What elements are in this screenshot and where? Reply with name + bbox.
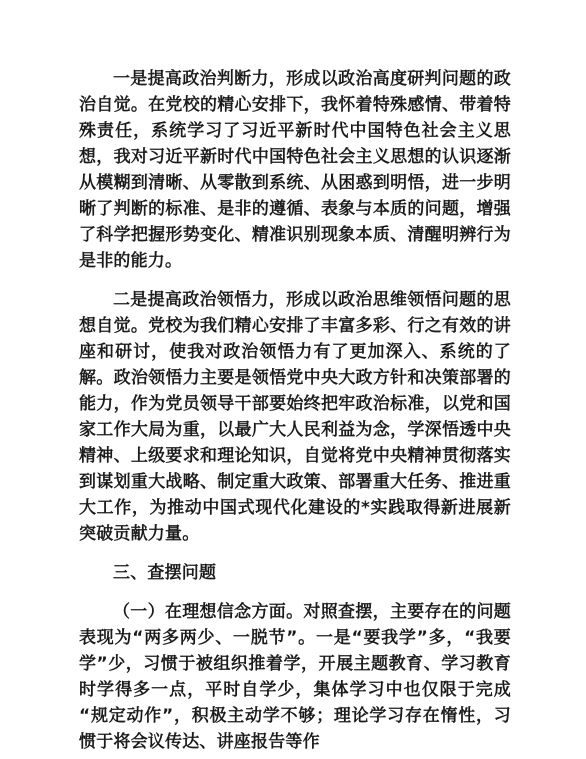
document-page: 一是提高政治判断力，形成以政治高度研判问题的政治自觉。在党校的精心安排下，我怀着… (0, 0, 586, 759)
document-body: 一是提高政治判断力，形成以政治高度研判问题的政治自觉。在党校的精心安排下，我怀着… (0, 0, 586, 755)
paragraph-ideals-beliefs: （一）在理想信念方面。对照查摆，主要存在的问题表现为“两多两少、一脱节”。一是“… (79, 599, 511, 755)
paragraph-political-comprehension: 二是提高政治领悟力，形成以政治思维领悟问题的思想自觉。党校为我们精心安排了丰富多… (79, 287, 511, 547)
paragraph-political-judgment: 一是提高政治判断力，形成以政治高度研判问题的政治自觉。在党校的精心安排下，我怀着… (79, 66, 511, 274)
section-heading-review-problems: 三、查摆问题 (79, 560, 511, 586)
